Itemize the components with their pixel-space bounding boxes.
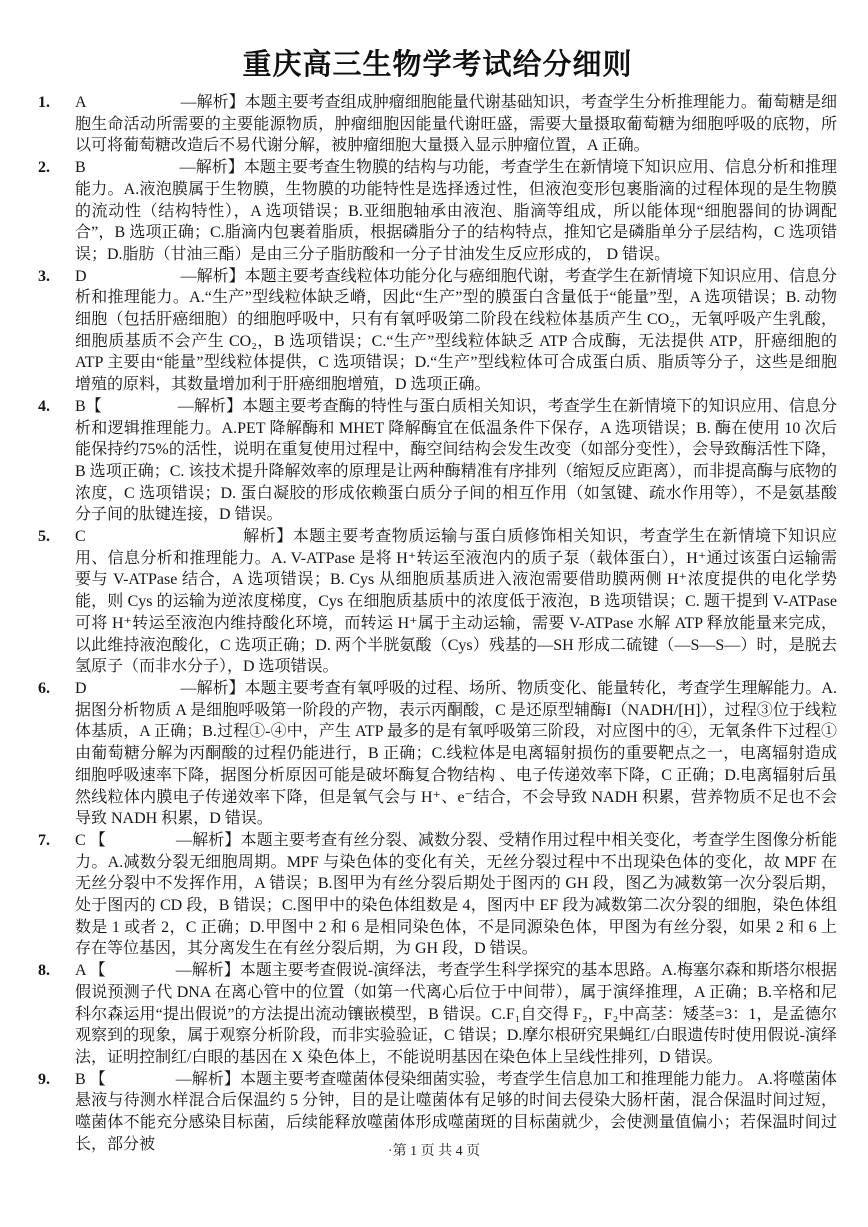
item-body: C解析】本题主要考查物质运输与蛋白质修饰相关知识，考查学生在新情境下知识应用、信… [75, 526, 837, 678]
item-number: 5. [38, 526, 75, 678]
answer-letter: B 【 [75, 1071, 106, 1088]
item-body: A 【—解析】本题主要考查假说-演绎法，考查学生科学探究的基本思路。A.梅塞尔森… [75, 960, 837, 1069]
analysis-text: 本题主要考查酶的特性与蛋白质相关知识，考查学生在新情境下的知识应用、信息分析和逻… [75, 398, 837, 524]
answer-gap [87, 692, 181, 693]
item-number: 3. [38, 266, 75, 396]
page-title: 重庆高三生物学考试给分细则 [38, 46, 837, 82]
answer-item: 3. D—解析】本题主要考查线粒体功能分化与癌细胞代谢，考查学生在新情境下知识应… [38, 266, 837, 396]
answer-gap [87, 106, 181, 107]
item-body: C 【—解析】本题主要考查有丝分裂、减数分裂、受精作用过程中相关变化，考查学生图… [75, 830, 837, 960]
answer-item: 6. D—解析】本题主要考查有氧呼吸的过程、场所、物质变化、能量转化，考查学生理… [38, 678, 837, 830]
answer-letter: B【 [75, 398, 102, 415]
answer-gap [86, 540, 243, 541]
analysis-marker: —解析】 [180, 159, 244, 176]
answer-letter: A 【 [75, 962, 106, 979]
item-number: 6. [38, 678, 75, 830]
answer-letter: A [75, 94, 87, 111]
item-number: 1. [38, 92, 75, 157]
analysis-marker: —解析】 [176, 962, 240, 979]
item-body: D—解析】本题主要考查有氧呼吸的过程、场所、物质变化、能量转化，考查学生理解能力… [75, 678, 837, 830]
answer-gap [87, 280, 181, 281]
document-page: 重庆高三生物学考试给分细则 1. A—解析】本题主要考查组成肿瘤细胞能量代谢基础… [0, 0, 868, 1227]
page-footer: ·第 1 页 共 4 页 [0, 1141, 868, 1163]
item-body: B【—解析】本题主要考查酶的特性与蛋白质相关知识，考查学生在新情境下的知识应用、… [75, 396, 837, 526]
analysis-text: 本题主要考查有丝分裂、减数分裂、受精作用过程中相关变化，考查学生图像分析能力。A… [75, 832, 837, 958]
answer-item: 2. B—解析】本题主要考查生物膜的结构与功能，考查学生在新情境下知识应用、信息… [38, 157, 837, 266]
answer-gap [102, 410, 178, 411]
answer-item: 8. A 【—解析】本题主要考查假说-演绎法，考查学生科学探究的基本思路。A.梅… [38, 960, 837, 1069]
item-body: A—解析】本题主要考查组成肿瘤细胞能量代谢基础知识，考查学生分析推理能力。葡萄糖… [75, 92, 837, 157]
answer-item: 5. C解析】本题主要考查物质运输与蛋白质修饰相关知识，考查学生在新情境下知识应… [38, 526, 837, 678]
analysis-text: 本题主要考查物质运输与蛋白质修饰相关知识，考查学生在新情境下知识应用、信息分析和… [75, 528, 837, 675]
analysis-marker: 解析】 [243, 528, 293, 545]
analysis-marker: —解析】 [181, 680, 245, 697]
item-body: B—解析】本题主要考查生物膜的结构与功能，考查学生在新情境下知识应用、信息分析和… [75, 157, 837, 266]
item-number: 4. [38, 396, 75, 526]
answer-letter: D [75, 268, 87, 285]
answer-letter: B [75, 159, 86, 176]
analysis-marker: —解析】 [181, 268, 245, 285]
analysis-marker: —解析】 [178, 398, 242, 415]
item-number: 7. [38, 830, 75, 960]
answer-gap [106, 844, 176, 845]
answer-item: 1. A—解析】本题主要考查组成肿瘤细胞能量代谢基础知识，考查学生分析推理能力。… [38, 92, 837, 157]
answer-letter: C [75, 528, 86, 545]
analysis-marker: —解析】 [176, 832, 241, 849]
analysis-marker: —解析】 [181, 94, 245, 111]
answer-letter: C 【 [75, 832, 106, 849]
item-number: 8. [38, 960, 75, 1069]
answer-gap [86, 171, 180, 172]
answer-item: 7. C 【—解析】本题主要考查有丝分裂、减数分裂、受精作用过程中相关变化，考查… [38, 830, 837, 960]
analysis-text: 本题主要考查有氧呼吸的过程、场所、物质变化、能量转化，考查学生理解能力。A.据图… [75, 680, 837, 827]
answer-gap [106, 1083, 176, 1084]
item-body: D—解析】本题主要考查线粒体功能分化与癌细胞代谢，考查学生在新情境下知识应用、信… [75, 266, 837, 396]
analysis-marker: —解析】 [176, 1071, 240, 1088]
answer-item: 4. B【—解析】本题主要考查酶的特性与蛋白质相关知识，考查学生在新情境下的知识… [38, 396, 837, 526]
item-number: 2. [38, 157, 75, 266]
answer-gap [106, 974, 176, 975]
analysis-text: 本题主要考查线粒体功能分化与癌细胞代谢，考查学生在新情境下知识应用、信息分析和推… [75, 268, 837, 394]
answer-letter: D [75, 680, 87, 697]
